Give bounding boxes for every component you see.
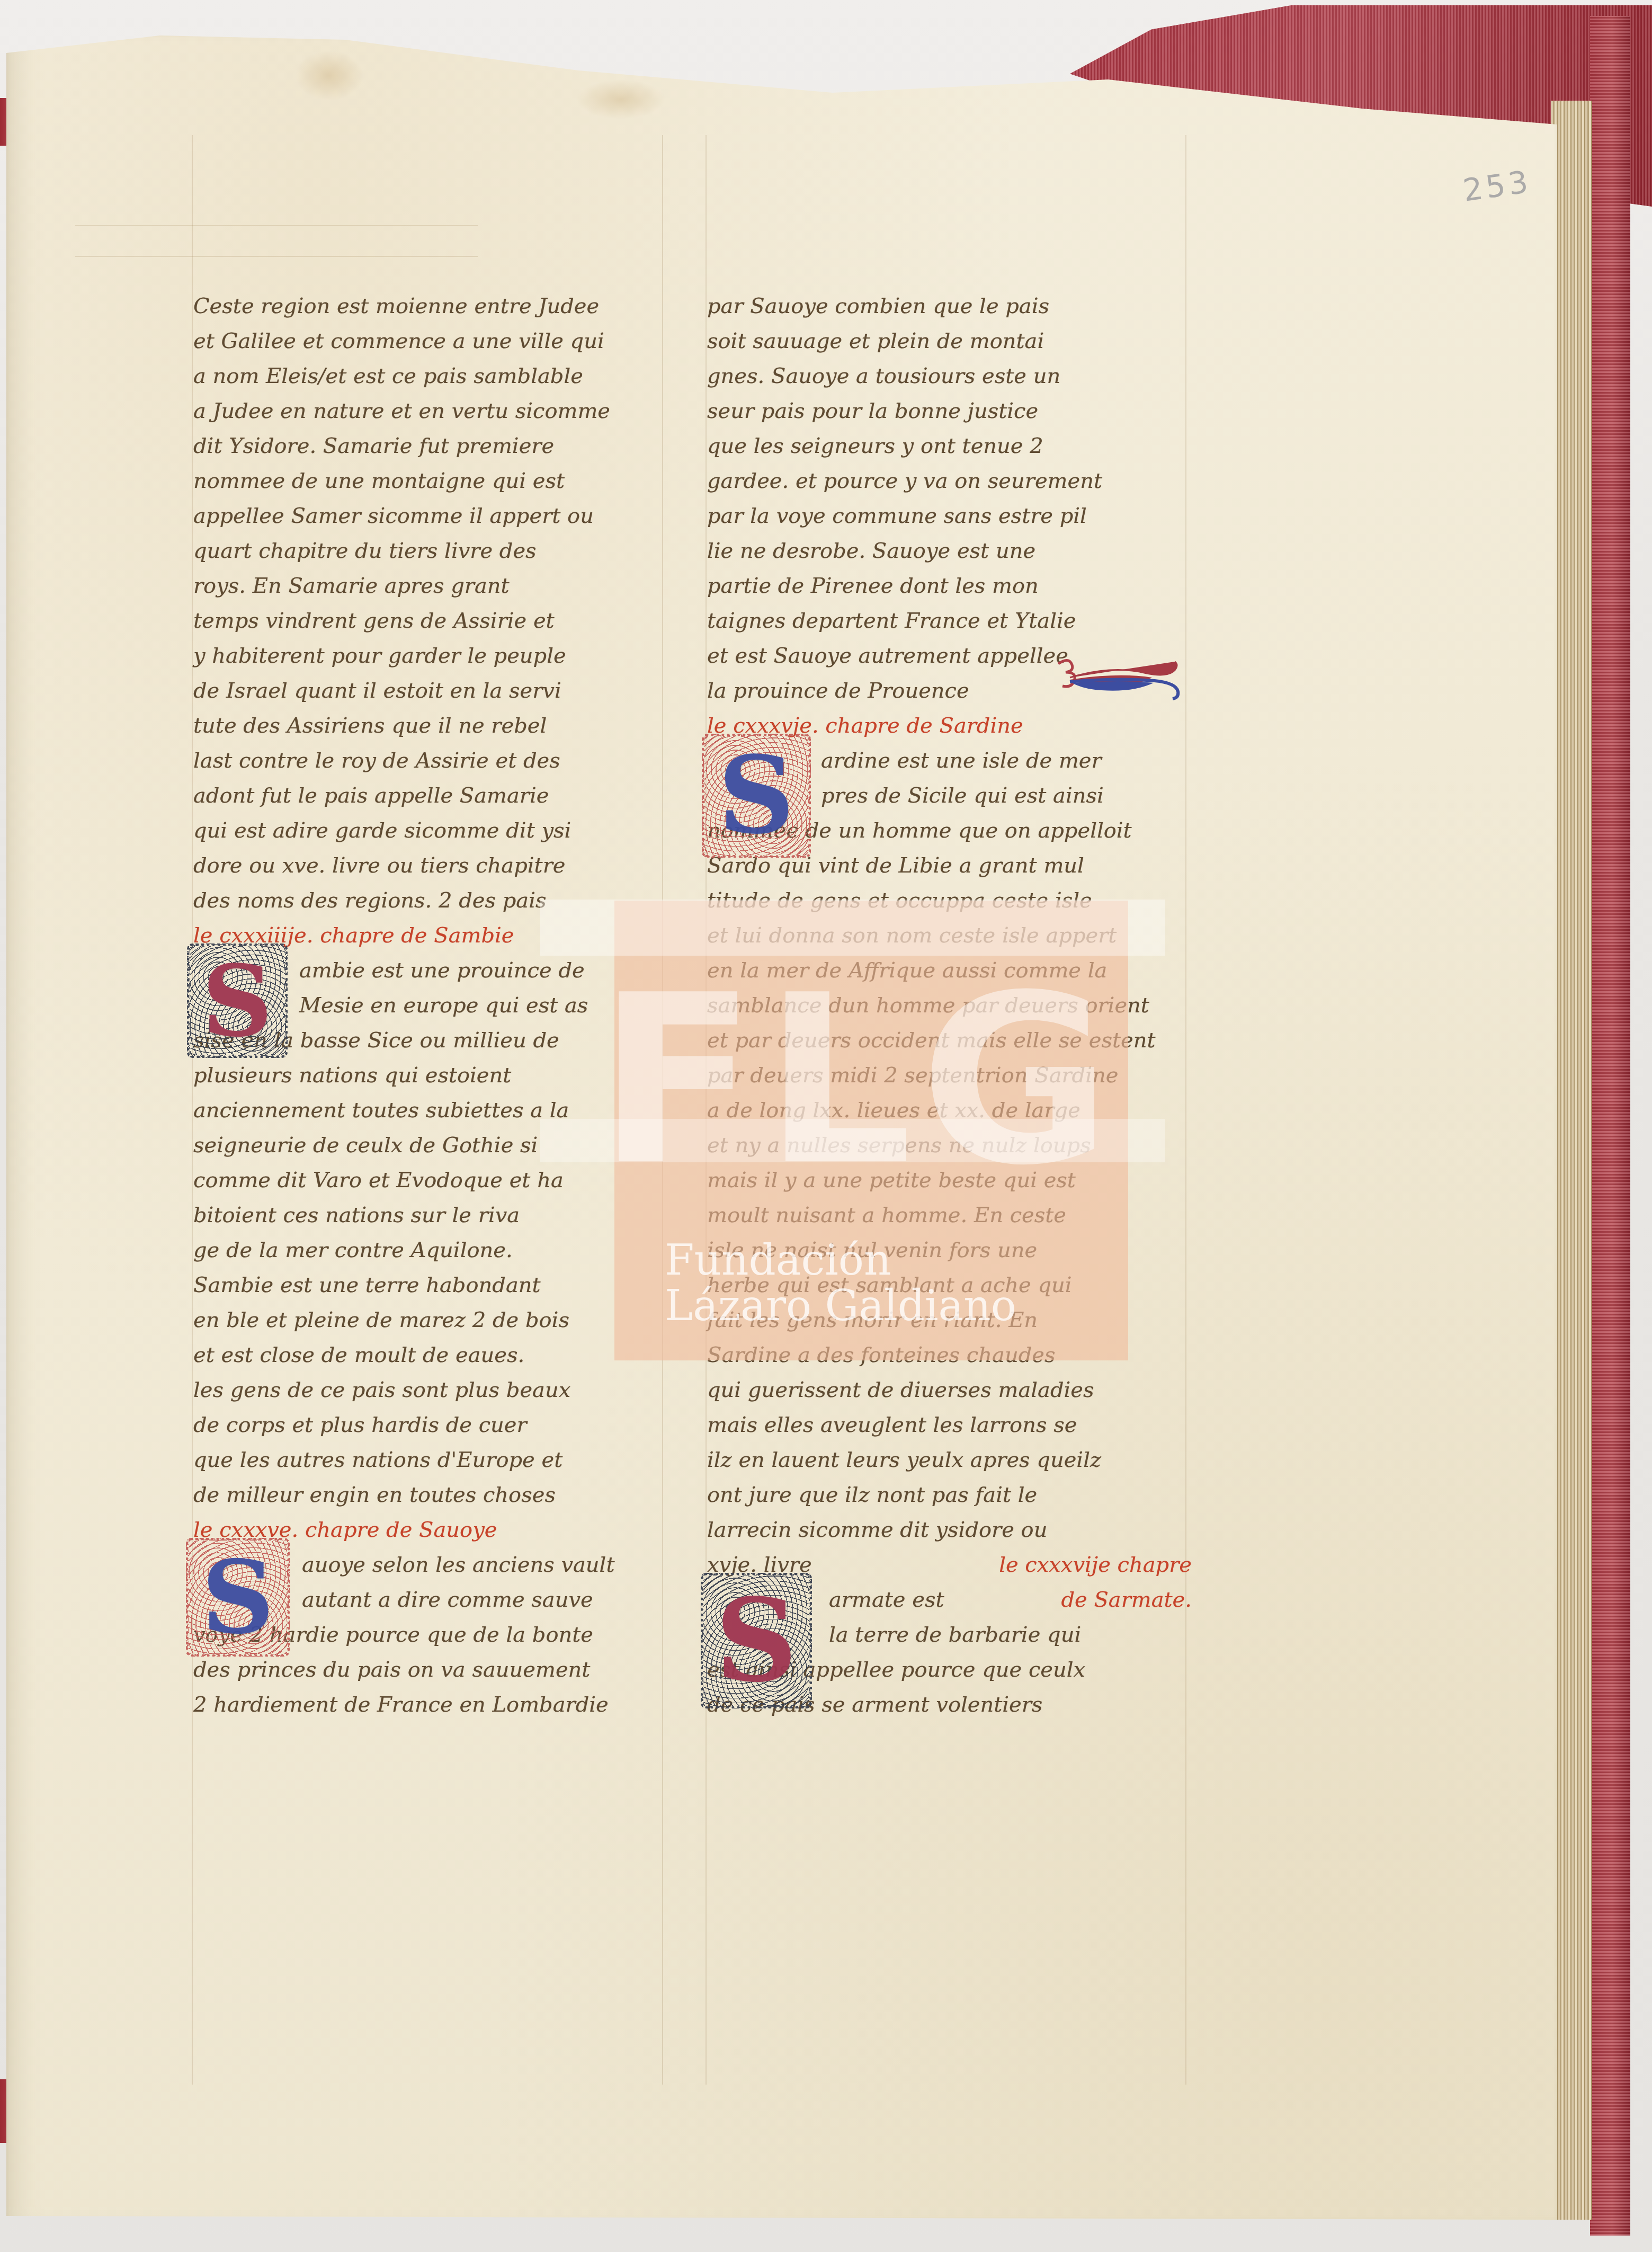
body-text: autant a dire comme sauve [302,1588,593,1612]
initial-letter: S [189,1541,287,1654]
manuscript-line: plusieurs nations qui estoient [193,1058,665,1093]
manuscript-line: les gens de ce pais sont plus beaux [193,1373,665,1408]
body-text: ont jure que ilz nont pas fait le [707,1483,1037,1507]
body-text: de milleur engin en toutes choses [193,1483,556,1507]
manuscript-line: comme dit Varo et Evodoque et ha [193,1163,665,1198]
manuscript-line: quart chapitre du tiers livre des [193,533,665,568]
body-text: de corps et plus hardis de cuer [193,1413,527,1437]
manuscript-line: adont fut le pais appelle Samarie [193,778,665,813]
body-text: a de long lxx. lieues et xx. de large [707,1098,1081,1123]
body-text: et lui donna son nom ceste isle appert [707,923,1117,948]
body-text: ilz en lauent leurs yeulx apres queilz [707,1448,1101,1472]
body-text: a Judee en nature et en vertu sicomme [193,399,610,423]
body-text: appellee Samer sicomme il appert ou [193,504,594,528]
manuscript-line: des noms des regions. 2 des pais [193,883,665,918]
manuscript-line: herbe qui est samblant a ache qui [707,1268,1192,1303]
body-text: fait les gens morir en riant. En [707,1308,1038,1332]
manuscript-line: Sardine a des fonteines chaudes [707,1338,1192,1373]
body-text: Sardine a des fonteines chaudes [707,1343,1055,1367]
body-text: nommee de une montaigne qui est [193,469,565,493]
body-text: mais il y a une petite beste qui est [707,1168,1076,1192]
body-text: adont fut le pais appelle Samarie [193,784,549,808]
body-text: roys. En Samarie apres grant [193,574,510,598]
manuscript-line: en ble et pleine de marez 2 de bois [193,1303,665,1338]
body-text: lie ne desrobe. Sauoye est une [707,539,1035,563]
text-column-left: S S Ceste region est moienne entre Judee… [193,289,665,1722]
manuscript-line: ge de la mer contre Aquilone. [193,1233,665,1268]
illuminated-initial-savoye: S [186,1538,290,1657]
body-text: temps vindrent gens de Assirie et [193,609,555,633]
body-text: dore ou xve. livre ou tiers chapitre [193,853,565,878]
body-text: Sambie est une terre habondant [193,1273,541,1297]
body-text: mais elles aveuglent les larrons se [707,1413,1077,1437]
manuscript-line: dit Ysidore. Samarie fut premiere [193,429,665,464]
initial-letter: S [704,736,808,855]
manuscript-line: temps vindrent gens de Assirie et [193,603,665,638]
body-text: les gens de ce pais sont plus beaux [193,1378,570,1402]
manuscript-line: roys. En Samarie apres grant [193,568,665,603]
manuscript-scan: .cc.liij. 253 S S Ceste region est moien… [0,0,1652,2252]
body-text: ge de la mer contre Aquilone. [193,1238,513,1262]
manuscript-line: par Sauoye combien que le pais [707,289,1192,324]
manuscript-line: que les autres nations d'Europe et [193,1443,665,1477]
body-text: comme dit Varo et Evodoque et ha [193,1168,564,1192]
body-text: et est close de moult de eaues. [193,1343,524,1367]
body-text: Mesie en europe qui est as [299,993,588,1018]
manuscript-line: anciennement toutes subiettes a la [193,1093,665,1128]
manuscript-line: isle ne naist nul venin fors une [707,1233,1192,1268]
body-text: quart chapitre du tiers livre des [193,539,537,563]
body-text: herbe qui est samblant a ache qui [707,1273,1072,1297]
body-text: larrecin sicomme dit ysidore ou [707,1518,1047,1542]
manuscript-line: par la voye commune sans estre pil [707,499,1192,533]
manuscript-line: mais il y a une petite beste qui est [707,1163,1192,1198]
body-text: y habiterent pour garder le peuple [193,644,566,668]
manuscript-line: appellee Samer sicomme il appert ou [193,499,665,533]
body-text: auoye selon les anciens vault [302,1553,615,1577]
body-text: que les autres nations d'Europe et [193,1448,562,1472]
margin-ruling-line [75,256,478,257]
illuminated-initial-sarmate: S [701,1573,812,1708]
manuscript-line: qui est adire garde sicomme dit ysi [193,813,665,848]
column-ruling-line [706,135,707,2085]
body-text: ardine est une isle de mer [821,749,1102,773]
manuscript-line: titude de gens et occuppa ceste isle [707,883,1192,918]
body-text: par la voye commune sans estre pil [707,504,1087,528]
body-text: tute des Assiriens que il ne rebel [193,714,547,738]
manuscript-line: last contre le roy de Assirie et des [193,743,665,778]
body-text: titude de gens et occuppa ceste isle [707,888,1092,913]
text-column-right: S S par Sauoye combien que le paissoit s… [707,289,1192,1722]
body-text: seigneurie de ceulx de Gothie si [193,1133,538,1158]
manuscript-line: et ny a nulles serpens ne nulz loups [707,1128,1192,1163]
manuscript-line: par deuers midi 2 septentrion Sardine [707,1058,1192,1093]
red-binding-strip [1590,16,1630,2236]
illuminated-initial-sambie: S [187,943,288,1058]
manuscript-line: et est close de moult de eaues. [193,1338,665,1373]
body-text: pres de Sicile qui est ainsi [821,784,1104,808]
body-text: seur pais pour la bonne justice [707,399,1038,423]
rubric-text: de Sarmate. [1061,1582,1192,1617]
body-text: gnes. Sauoye a tousiours este un [707,364,1060,388]
line-filler-ornament-icon [1054,654,1181,703]
parchment-stain [295,50,364,101]
body-text: des noms des regions. 2 des pais [193,888,547,913]
body-text: par deuers midi 2 septentrion Sardine [707,1063,1118,1088]
rubric-text: le cxxxvije chapre [999,1547,1192,1582]
body-text: samblance dun homme par deuers orient [707,993,1149,1018]
margin-ruling-line [75,225,478,226]
body-text: la prouince de Prouence [707,679,969,703]
manuscript-line: moult nuisant a homme. En ceste [707,1198,1192,1233]
manuscript-line: y habiterent pour garder le peuple [193,638,665,673]
body-text: anciennement toutes subiettes a la [193,1098,569,1123]
manuscript-line: que les seigneurs y ont tenue 2 [707,429,1192,464]
body-text: Ceste region est moienne entre Judee [193,294,599,318]
manuscript-line: de corps et plus hardis de cuer [193,1408,665,1443]
body-text: et par deuers occident mais elle se este… [707,1028,1155,1053]
parchment-page: .cc.liij. 253 S S Ceste region est moien… [6,29,1557,2222]
body-text: et est Sauoye autrement appellee [707,644,1068,668]
body-text: dit Ysidore. Samarie fut premiere [193,434,554,458]
manuscript-line: taignes departent France et Ytalie [707,603,1192,638]
body-text: plusieurs nations qui estoient [193,1063,511,1088]
body-text: la terre de barbarie qui [829,1623,1081,1647]
body-text: ambie est une prouince de [299,958,585,983]
body-text: par Sauoye combien que le pais [707,294,1049,318]
body-text: et Galilee et commence a une ville qui [193,329,604,353]
manuscript-line: larrecin sicomme dit ysidore ou [707,1512,1192,1547]
manuscript-line: nommee de une montaigne qui est [193,464,665,499]
manuscript-line: samblance dun homme par deuers orient [707,988,1192,1023]
manuscript-line: gardee. et pource y va on seurement [707,464,1192,499]
manuscript-line: des princes du pais on va sauuement [193,1652,665,1687]
illuminated-initial-sardine: S [702,734,811,858]
manuscript-line: mais elles aveuglent les larrons se [707,1408,1192,1443]
manuscript-line: Sambie est une terre habondant [193,1268,665,1303]
body-text: de Israel quant il estoit en la servi [193,679,561,703]
body-text: moult nuisant a homme. En ceste [707,1203,1066,1227]
manuscript-line: ont jure que ilz nont pas fait le [707,1477,1192,1512]
body-text: partie de Pirenee dont les mon [707,574,1039,598]
manuscript-line: seigneurie de ceulx de Gothie si [193,1128,665,1163]
column-ruling-line [192,135,193,2085]
body-text: 2 hardiement de France en Lombardie [193,1693,609,1717]
manuscript-line: ilz en lauent leurs yeulx apres queilz [707,1443,1192,1477]
manuscript-line: soit sauuage et plein de montai [707,324,1192,359]
body-text: armate est [829,1588,944,1612]
body-text: en la mer de Affrique aussi comme la [707,958,1107,983]
initial-letter: S [703,1575,809,1706]
manuscript-line: a Judee en nature et en vertu sicomme [193,394,665,429]
body-text: des princes du pais on va sauuement [193,1658,590,1682]
manuscript-line: lie ne desrobe. Sauoye est une [707,533,1192,568]
manuscript-line: a nom Eleis/et est ce pais samblable [193,359,665,394]
body-text: a nom Eleis/et est ce pais samblable [193,364,583,388]
body-text: soit sauuage et plein de montai [707,329,1044,353]
body-text: que les seigneurs y ont tenue 2 [707,434,1043,458]
body-text: qui est adire garde sicomme dit ysi [193,818,571,843]
body-text: qui guerissent de diuerses maladies [707,1378,1094,1402]
parchment-stain [576,79,666,119]
manuscript-line: fait les gens morir en riant. En [707,1303,1192,1338]
manuscript-line: de Israel quant il estoit en la servi [193,673,665,708]
body-text: isle ne naist nul venin fors une [707,1238,1037,1262]
manuscript-line: et Galilee et commence a une ville qui [193,324,665,359]
manuscript-line: de milleur engin en toutes choses [193,1477,665,1512]
body-text: taignes departent France et Ytalie [707,609,1076,633]
manuscript-line: qui guerissent de diuerses maladies [707,1373,1192,1408]
manuscript-line: tute des Assiriens que il ne rebel [193,708,665,743]
manuscript-line: et lui donna son nom ceste isle appert [707,918,1192,953]
pencil-page-number: 253 [1461,163,1533,208]
manuscript-line: partie de Pirenee dont les mon [707,568,1192,603]
initial-letter: S [190,946,285,1055]
body-text: bitoient ces nations sur le riva [193,1203,520,1227]
manuscript-line: seur pais pour la bonne justice [707,394,1192,429]
manuscript-line: dore ou xve. livre ou tiers chapitre [193,848,665,883]
manuscript-line: Ceste region est moienne entre Judee [193,289,665,324]
manuscript-line: et par deuers occident mais elle se este… [707,1023,1192,1058]
body-text: et ny a nulles serpens ne nulz loups [707,1133,1091,1158]
manuscript-line: 2 hardiement de France en Lombardie [193,1687,665,1722]
body-text: en ble et pleine de marez 2 de bois [193,1308,569,1332]
body-text: last contre le roy de Assirie et des [193,749,560,773]
body-text: gardee. et pource y va on seurement [707,469,1102,493]
manuscript-line: a de long lxx. lieues et xx. de large [707,1093,1192,1128]
manuscript-line: gnes. Sauoye a tousiours este un [707,359,1192,394]
manuscript-line: en la mer de Affrique aussi comme la [707,953,1192,988]
manuscript-line: bitoient ces nations sur le riva [193,1198,665,1233]
